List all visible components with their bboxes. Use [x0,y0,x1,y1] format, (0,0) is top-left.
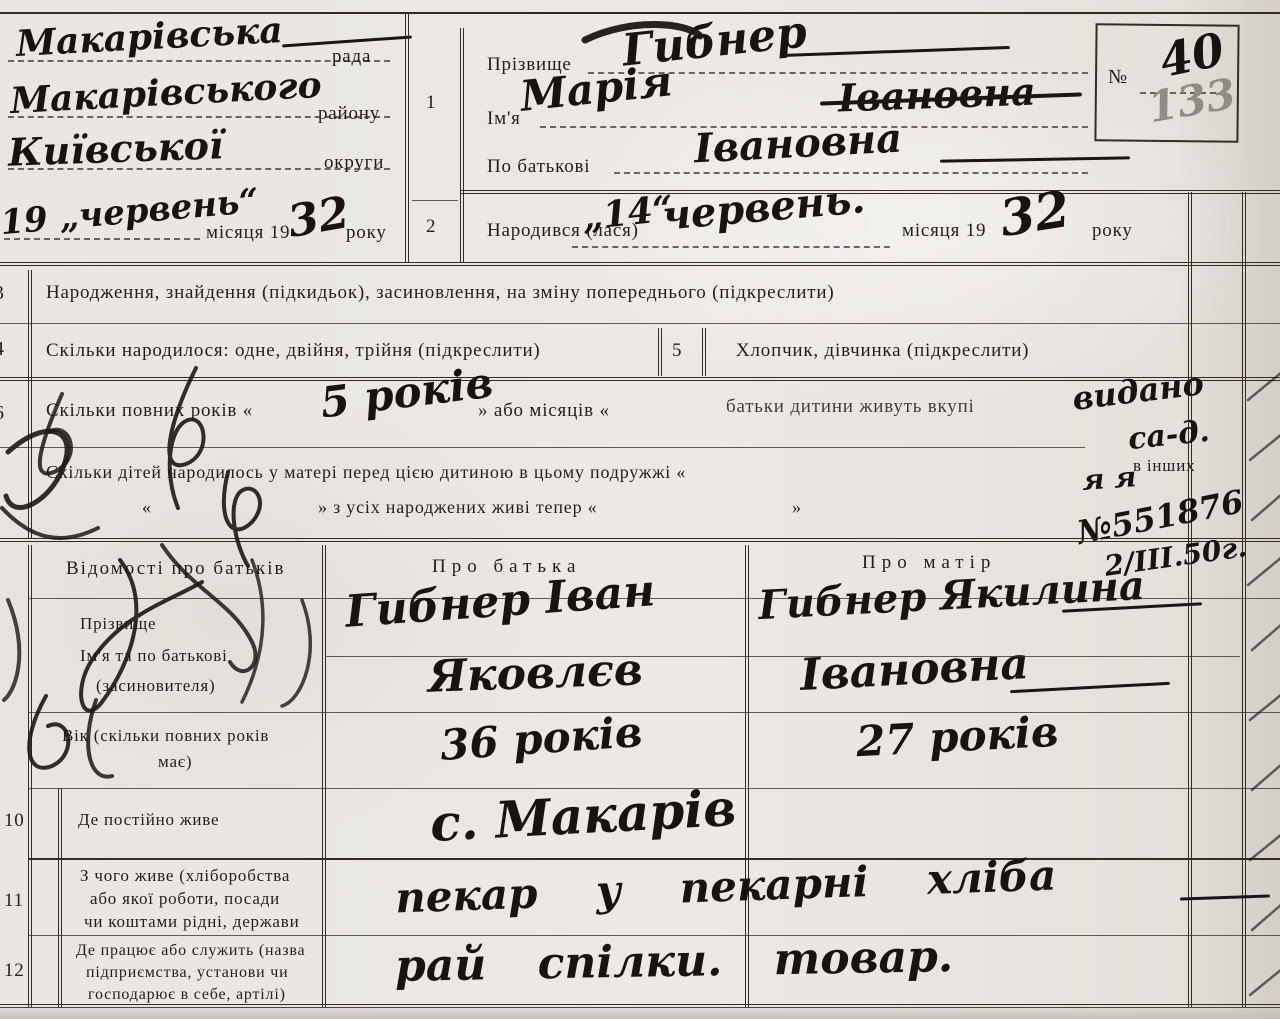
rule-top-section-bottom [0,262,1280,266]
r12-label-3: господарює в себе, артілі) [88,986,286,1004]
row6-label-left: Скільки повних років « [46,400,253,422]
born-month-label: місяця 19 [902,220,986,242]
rule-table-numcol [58,788,62,1008]
council-label: рада [332,46,371,68]
rule-row3-bottom [0,323,1280,324]
r9-mother-age: 27 років [855,707,1060,767]
table-header-info: Відомості про батьків [66,558,286,580]
rule-row5-col-b [702,328,706,376]
patronymic-value: Івановна [693,115,903,173]
r12-number: 12 [4,960,25,982]
okruha-label: округи [324,152,384,174]
patronymic-line [614,172,1088,174]
rule-numcol-right [460,28,464,262]
r10-number: 10 [4,810,25,832]
r10-value: с. Макарів [429,778,738,853]
record-number-label: № [1108,66,1128,89]
r8-label-3: (засиновителя) [96,676,215,696]
r8-label-2: Ім'я та по батькові [80,646,228,666]
row3-number: 3 [0,282,5,305]
row6-age-value: 5 років [318,358,496,428]
r10-label: Де постійно живе [78,810,219,830]
patronymic-label: По батькові [487,156,590,178]
row6-label-right: » або місяців « [478,400,610,422]
r11-label-1: З чого живе (хліборобства [80,866,290,886]
r12-value: рай спілки. товар. [395,931,954,992]
born-year-label: року [1092,220,1133,242]
row3-text: Народження, знайдення (підкидьок), засин… [46,282,835,304]
row7-line2: » з усіх народжених живі тепер « [318,497,597,518]
rule-rightcol-a [1188,192,1192,1008]
rule-table-bottom [0,1004,1280,1008]
annotation-interlinear: я я [1081,460,1137,497]
r11-label-2: або якої роботи, посади [90,889,280,909]
row6-label-far: батьки дитини живуть вкупі [726,396,975,418]
r8-mother-name: Гибнер Якилина [757,562,1146,629]
rule-r8-bottom [28,712,1280,713]
born-year: 32 [996,179,1074,248]
r9-father-age: 36 років [439,707,644,770]
okruha-value: Київської [7,122,224,174]
rule-row7-bottom [0,538,1280,542]
annotation-issued-1: видано [1070,364,1206,418]
r12-label-2: підприємства, установи чи [86,964,288,982]
date-month-label: місяця 19 [206,222,290,244]
r11-flourish [1180,894,1270,900]
r8-father-name: Гибнер Іван [344,565,657,638]
r8-father-patronymic: Яковлєв [427,644,643,702]
r8-mother-flourish-2 [1010,682,1170,693]
surname-flourish [780,46,1010,57]
row7-line2-open: « [142,497,152,518]
born-line [572,246,890,248]
patronymic-flourish [940,156,1130,162]
council-value: Макарівська [15,9,284,65]
rule-table-col1 [322,545,326,1008]
rule-numcol-left [405,12,409,262]
r8-mother-patronymic: Івановна [799,638,1030,701]
r12-label-1: Де працює або служить (назва [76,942,305,960]
row7-label-far: в інших [1133,456,1195,476]
rule-r10-bottom [28,858,1280,860]
r11-label-3: чи коштами рідні, держави [84,912,299,932]
rule-numcol-sep [412,200,458,201]
r9-label-2: має) [158,752,192,772]
rule-row1-bottom [460,190,1280,194]
date-year-label: року [346,222,387,244]
row7-line1: Скільки дітей народилось у матері перед … [46,462,686,483]
r8-label-1: Прізвище [80,614,156,634]
rule-r8-inner [326,656,1240,657]
row4-text: Скільки народилося: одне, двійня, трійня… [46,340,541,362]
date-line-a [4,238,200,240]
row4-number: 4 [0,338,5,361]
birth-record-document: Макарівська рада Макарівського району Ки… [0,0,1280,1019]
rule-row6-bottom [0,447,1085,448]
r11-value: пекар у пекарні хліба [394,850,1057,922]
registration-year-value: 32 [284,187,353,248]
rule-left-rows [28,270,32,538]
district-value: Макарівського [9,64,322,122]
district-label: району [318,103,380,125]
row2-number: 2 [426,216,436,238]
annotation-issued-2: са-д. [1126,414,1211,457]
r11-number: 11 [4,890,24,912]
row7-line2-close: » [792,497,802,518]
row6-number: 6 [0,402,5,425]
r9-label-1: Вік (скільки повних років [62,726,269,746]
row5-text: Хлопчик, дівчинка (підкреслити) [736,340,1029,362]
rule-rightcol-b [1242,192,1246,1008]
name-label: Ім'я [487,108,521,130]
rule-row5-col-a [658,328,662,376]
row1-number: 1 [426,92,436,114]
row5-number: 5 [672,340,682,362]
rule-table-left [28,545,32,1008]
born-month: червень. [660,175,867,240]
